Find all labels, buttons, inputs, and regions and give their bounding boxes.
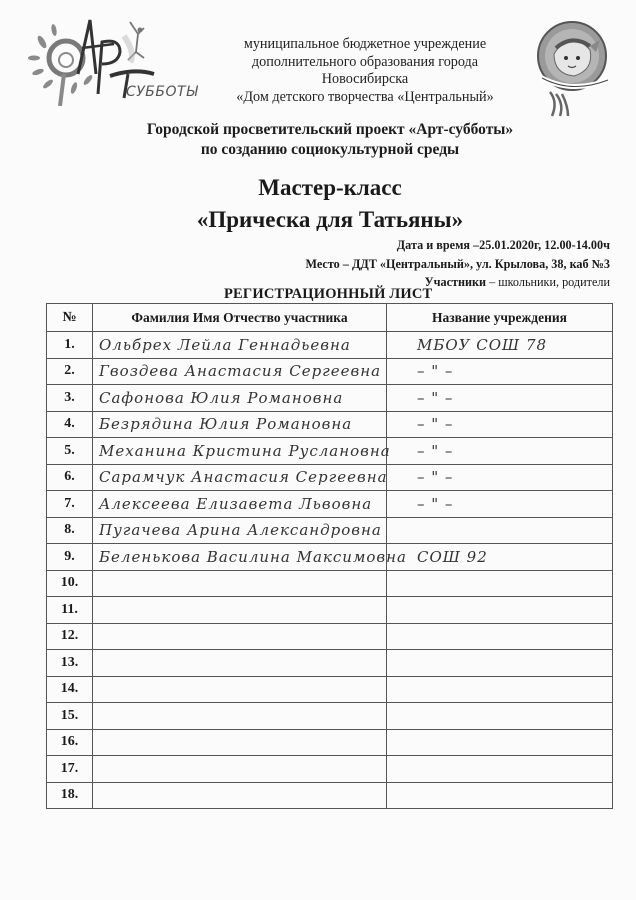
participant-name-cell[interactable]: Сафонова Юлия Романовна <box>93 385 387 412</box>
table-row: 2.Гвоздева Анастасия Сергеевна– " – <box>47 358 613 385</box>
participant-name-cell[interactable] <box>93 756 387 783</box>
participant-name-cell[interactable] <box>93 597 387 624</box>
institution-cell[interactable]: – " – <box>387 464 613 491</box>
institution-name <box>387 574 417 592</box>
institution-name <box>387 707 417 725</box>
row-number: 7. <box>47 491 93 518</box>
participant-name-cell[interactable]: Беленькова Василина Максимовна <box>93 544 387 571</box>
table-row: 3.Сафонова Юлия Романовна– " – <box>47 385 613 412</box>
org-line: Новосибирска <box>200 71 530 89</box>
participant-name <box>93 786 99 804</box>
institution-name: МБОУ СОШ 78 <box>387 336 547 354</box>
table-row: 4.Безрядина Юлия Романовна– " – <box>47 411 613 438</box>
table-row: 17. <box>47 756 613 783</box>
institution-cell[interactable] <box>387 517 613 544</box>
column-header-number: № <box>47 304 93 332</box>
participant-name: Алексеева Елизавета Львовна <box>93 495 372 513</box>
org-line: муниципальное бюджетное учреждение <box>200 36 530 54</box>
project-title-line1: Городской просветительский проект «Арт-с… <box>60 120 600 140</box>
table-row: 14. <box>47 676 613 703</box>
institution-cell[interactable]: МБОУ СОШ 78 <box>387 332 613 359</box>
row-number: 15. <box>47 703 93 730</box>
institution-cell[interactable] <box>387 782 613 809</box>
registration-title: РЕГИСТРАЦИОННЫЙ ЛИСТ <box>224 286 432 303</box>
row-number: 8. <box>47 517 93 544</box>
row-number: 13. <box>47 650 93 677</box>
row-number: 11. <box>47 597 93 624</box>
institution-cell[interactable]: – " – <box>387 438 613 465</box>
row-number: 1. <box>47 332 93 359</box>
participant-name-cell[interactable] <box>93 729 387 756</box>
institution-cell[interactable] <box>387 623 613 650</box>
row-number: 4. <box>47 411 93 438</box>
institution-name: – " – <box>387 495 453 513</box>
participant-name-cell[interactable]: Безрядина Юлия Романовна <box>93 411 387 438</box>
institution-cell[interactable]: СОШ 92 <box>387 544 613 571</box>
registration-table: № Фамилия Имя Отчество участника Названи… <box>46 303 613 809</box>
table-row: 7.Алексеева Елизавета Львовна– " – <box>47 491 613 518</box>
table-row: 8.Пугачева Арина Александровна <box>47 517 613 544</box>
institution-cell[interactable] <box>387 703 613 730</box>
participant-name-cell[interactable]: Пугачева Арина Александровна <box>93 517 387 544</box>
participant-name-cell[interactable] <box>93 782 387 809</box>
institution-name: – " – <box>387 442 453 460</box>
event-type: Мастер-класс <box>60 172 600 204</box>
table-row: 13. <box>47 650 613 677</box>
institution-cell[interactable] <box>387 597 613 624</box>
participant-name-cell[interactable]: Ольбрех Лейла Геннадьевна <box>93 332 387 359</box>
institution-name <box>387 654 417 672</box>
participant-name-cell[interactable]: Механина Кристина Руслановна <box>93 438 387 465</box>
participant-name: Безрядина Юлия Романовна <box>93 415 352 433</box>
table-row: 1.Ольбрех Лейла ГеннадьевнаМБОУ СОШ 78 <box>47 332 613 359</box>
institution-cell[interactable]: – " – <box>387 385 613 412</box>
table-row: 16. <box>47 729 613 756</box>
svg-text:СУББОТЫ: СУББОТЫ <box>126 84 198 100</box>
row-number: 9. <box>47 544 93 571</box>
institution-cell[interactable]: – " – <box>387 491 613 518</box>
participant-name-cell[interactable]: Алексеева Елизавета Львовна <box>93 491 387 518</box>
row-number: 5. <box>47 438 93 465</box>
institution-name <box>387 733 417 751</box>
art-subboty-logo-icon: СУББОТЫ <box>24 14 214 106</box>
column-header-institution: Название учреждения <box>387 304 613 332</box>
event-datetime: Дата и время –25.01.2020г, 12.00-14.00ч <box>306 236 610 255</box>
participant-name-cell[interactable] <box>93 570 387 597</box>
row-number: 10. <box>47 570 93 597</box>
row-number: 16. <box>47 729 93 756</box>
table-row: 9.Беленькова Василина МаксимовнаСОШ 92 <box>47 544 613 571</box>
institution-name: – " – <box>387 362 453 380</box>
table-row: 15. <box>47 703 613 730</box>
participant-name: Сафонова Юлия Романовна <box>93 389 343 407</box>
row-number: 14. <box>47 676 93 703</box>
event-details: Дата и время –25.01.2020г, 12.00-14.00ч … <box>306 236 610 292</box>
participant-name: Ольбрех Лейла Геннадьевна <box>93 336 351 354</box>
event-place: Место – ДДТ «Центральный», ул. Крылова, … <box>306 255 610 274</box>
org-line: «Дом детского творчества «Центральный» <box>200 89 530 107</box>
institution-cell[interactable] <box>387 729 613 756</box>
institution-name: – " – <box>387 389 453 407</box>
participant-name: Механина Кристина Руслановна <box>93 442 391 460</box>
institution-cell[interactable] <box>387 676 613 703</box>
participant-name: Гвоздева Анастасия Сергеевна <box>93 362 381 380</box>
column-header-name: Фамилия Имя Отчество участника <box>93 304 387 332</box>
table-header-row: № Фамилия Имя Отчество участника Названи… <box>47 304 613 332</box>
institution-cell[interactable]: – " – <box>387 411 613 438</box>
institution-cell[interactable] <box>387 650 613 677</box>
participant-name: Пугачева Арина Александровна <box>93 521 382 539</box>
row-number: 12. <box>47 623 93 650</box>
participant-name-cell[interactable] <box>93 676 387 703</box>
project-title-line2: по созданию социокультурной среды <box>60 140 600 160</box>
participant-name <box>93 654 99 672</box>
institution-name <box>387 680 417 698</box>
row-number: 2. <box>47 358 93 385</box>
row-number: 6. <box>47 464 93 491</box>
institution-cell[interactable] <box>387 570 613 597</box>
participant-name <box>93 733 99 751</box>
participant-name-cell[interactable] <box>93 623 387 650</box>
institution-cell[interactable]: – " – <box>387 358 613 385</box>
participant-name <box>93 601 99 619</box>
table-row: 10. <box>47 570 613 597</box>
institution-name <box>387 786 417 804</box>
participant-name <box>93 627 99 645</box>
table-row: 6.Сарамчук Анастасия Сергеевна– " – <box>47 464 613 491</box>
participant-name <box>93 680 99 698</box>
institution-name: СОШ 92 <box>387 548 488 566</box>
institution-name <box>387 601 417 619</box>
row-number: 18. <box>47 782 93 809</box>
institution-name: – " – <box>387 415 453 433</box>
participant-name: Беленькова Василина Максимовна <box>93 548 407 566</box>
row-number: 17. <box>47 756 93 783</box>
event-name: «Прическа для Татьяны» <box>60 204 600 236</box>
participant-name: Сарамчук Анастасия Сергеевна <box>93 468 388 486</box>
event-title: Мастер-класс «Прическа для Татьяны» <box>60 172 600 236</box>
institution-cell[interactable] <box>387 756 613 783</box>
participant-name-cell[interactable]: Сарамчук Анастасия Сергеевна <box>93 464 387 491</box>
institution-name <box>387 760 417 778</box>
institution-name: – " – <box>387 468 453 486</box>
participant-name-cell[interactable]: Гвоздева Анастасия Сергеевна <box>93 358 387 385</box>
institution-name <box>387 521 417 539</box>
participant-name <box>93 574 99 592</box>
ddt-centralny-emblem-icon <box>524 14 628 118</box>
participant-name-cell[interactable] <box>93 650 387 677</box>
organization-name: муниципальное бюджетное учреждение допол… <box>200 36 530 106</box>
table-row: 18. <box>47 782 613 809</box>
project-title: Городской просветительский проект «Арт-с… <box>60 120 600 160</box>
participant-name <box>93 707 99 725</box>
participant-name-cell[interactable] <box>93 703 387 730</box>
table-row: 5.Механина Кристина Руслановна– " – <box>47 438 613 465</box>
table-row: 12. <box>47 623 613 650</box>
org-line: дополнительного образования города <box>200 54 530 72</box>
institution-name <box>387 627 417 645</box>
table-row: 11. <box>47 597 613 624</box>
row-number: 3. <box>47 385 93 412</box>
participant-name <box>93 760 99 778</box>
